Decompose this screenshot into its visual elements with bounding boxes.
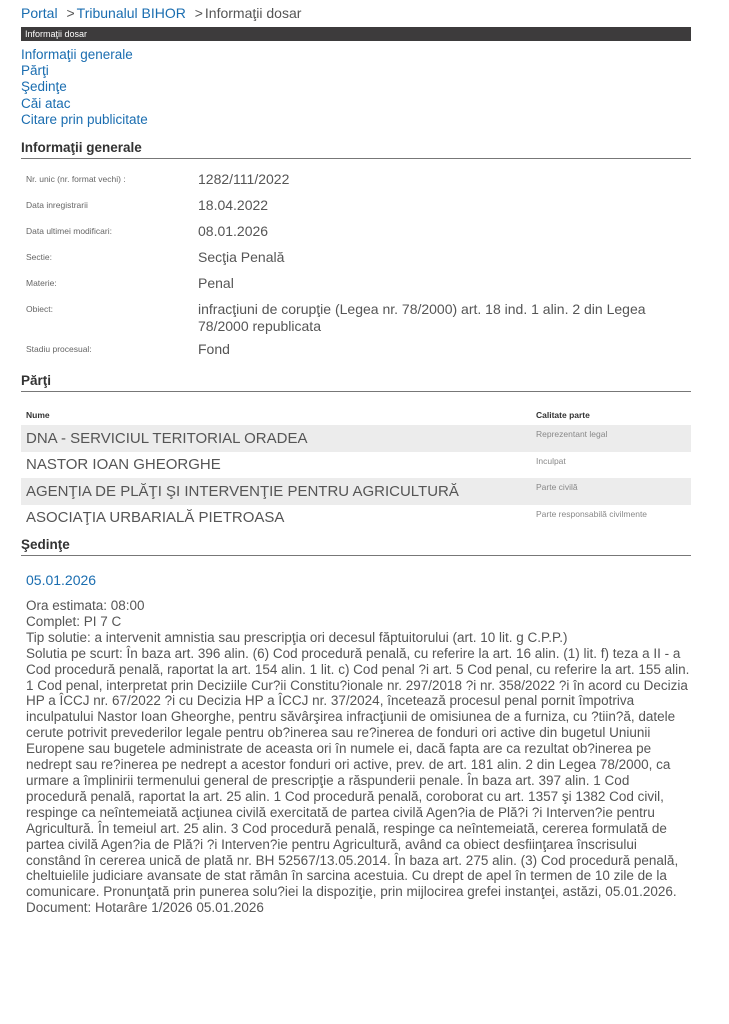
parti-table: Nume Calitate parte DNA - SERVICIUL TERI…	[21, 410, 691, 531]
general-info-table: Nr. unic (nr. format vechi) : 1282/111/2…	[21, 171, 691, 367]
sedinta-ora: Ora estimata: 08:00	[26, 598, 691, 614]
info-value: Secţia Penală	[198, 249, 691, 275]
table-row: DNA - SERVICIUL TERITORIAL ORADEA Reprez…	[21, 425, 691, 452]
party-name: AGENŢIA DE PLĂŢI ŞI INTERVENŢIE PENTRU A…	[21, 483, 536, 500]
party-name: NASTOR IOAN GHEORGHE	[21, 456, 536, 473]
nav-sedinte[interactable]: Şedinţe	[21, 79, 691, 95]
section-title-general: Informaţii generale	[21, 140, 691, 159]
info-row-data-modificari: Data ultimei modificari: 08.01.2026	[21, 223, 691, 249]
table-row: AGENŢIA DE PLĂŢI ŞI INTERVENŢIE PENTRU A…	[21, 478, 691, 505]
column-header-calitate: Calitate parte	[536, 410, 590, 425]
breadcrumb-separator: >	[195, 5, 203, 21]
info-label: Obiect:	[21, 301, 198, 341]
info-value: infracţiuni de corupţie (Legea nr. 78/20…	[198, 301, 691, 341]
sedinta-solutie: Solutia pe scurt: În baza art. 396 alin.…	[26, 646, 691, 901]
breadcrumb-separator: >	[66, 5, 74, 21]
info-value: 08.01.2026	[198, 223, 691, 249]
info-label: Sectie:	[21, 249, 198, 275]
info-label: Data inregistrarii	[21, 197, 198, 223]
nav-citare-publicitate[interactable]: Citare prin publicitate	[21, 112, 691, 128]
info-value: 18.04.2022	[198, 197, 691, 223]
sedinta-document: Document: Hotarâre 1/2026 05.01.2026	[26, 900, 691, 916]
info-row-stadiu: Stadiu procesual: Fond	[21, 341, 691, 367]
table-row: ASOCIAŢIA URBARIALĂ PIETROASA Parte resp…	[21, 505, 691, 532]
info-row-materie: Materie: Penal	[21, 275, 691, 301]
info-value: 1282/111/2022	[198, 171, 691, 197]
breadcrumb-portal[interactable]: Portal	[21, 5, 58, 21]
party-name: DNA - SERVICIUL TERITORIAL ORADEA	[21, 430, 536, 447]
sedinta-date: 05.01.2026	[26, 572, 691, 588]
info-row-obiect: Obiect: infracţiuni de corupţie (Legea n…	[21, 301, 691, 341]
page: Portal >Tribunalul BIHOR >Informaţii dos…	[21, 0, 691, 916]
nav-informatii-generale[interactable]: Informaţii generale	[21, 47, 691, 63]
info-label: Data ultimei modificari:	[21, 223, 198, 249]
breadcrumb: Portal >Tribunalul BIHOR >Informaţii dos…	[21, 4, 691, 22]
info-row-sectie: Sectie: Secţia Penală	[21, 249, 691, 275]
party-name: ASOCIAŢIA URBARIALĂ PIETROASA	[21, 509, 536, 526]
sedinta-details: Ora estimata: 08:00 Complet: PI 7 C Tip …	[26, 598, 691, 916]
header-bar: Informaţii dosar	[21, 27, 691, 41]
info-value: Fond	[198, 341, 691, 367]
section-title-parti: Părţi	[21, 373, 691, 392]
section-nav: Informaţii generale Părţi Şedinţe Căi at…	[21, 47, 691, 128]
sedinta-complet: Complet: PI 7 C	[26, 614, 691, 630]
parti-table-header: Nume Calitate parte	[21, 410, 691, 425]
sedinta-tip-solutie: Tip solutie: a intervenit amnistia sau p…	[26, 630, 691, 646]
sedinta-item: 05.01.2026 Ora estimata: 08:00 Complet: …	[21, 572, 691, 916]
nav-parti[interactable]: Părţi	[21, 63, 691, 79]
section-title-sedinte: Şedinţe	[21, 537, 691, 556]
breadcrumb-current: Informaţii dosar	[205, 5, 301, 21]
info-row-data-inregistrarii: Data inregistrarii 18.04.2022	[21, 197, 691, 223]
info-label: Stadiu procesual:	[21, 341, 198, 367]
table-row: NASTOR IOAN GHEORGHE Inculpat	[21, 452, 691, 479]
info-value: Penal	[198, 275, 691, 301]
party-role: Parte civilă	[536, 482, 578, 492]
info-label: Nr. unic (nr. format vechi) :	[21, 171, 198, 197]
breadcrumb-tribunal[interactable]: Tribunalul BIHOR	[77, 5, 186, 21]
party-role: Inculpat	[536, 456, 566, 466]
column-header-nume: Nume	[21, 410, 536, 425]
party-role: Reprezentant legal	[536, 429, 607, 439]
nav-cai-atac[interactable]: Căi atac	[21, 96, 691, 112]
info-label: Materie:	[21, 275, 198, 301]
info-row-nr-unic: Nr. unic (nr. format vechi) : 1282/111/2…	[21, 171, 691, 197]
party-role: Parte responsabilă civilmente	[536, 509, 647, 519]
